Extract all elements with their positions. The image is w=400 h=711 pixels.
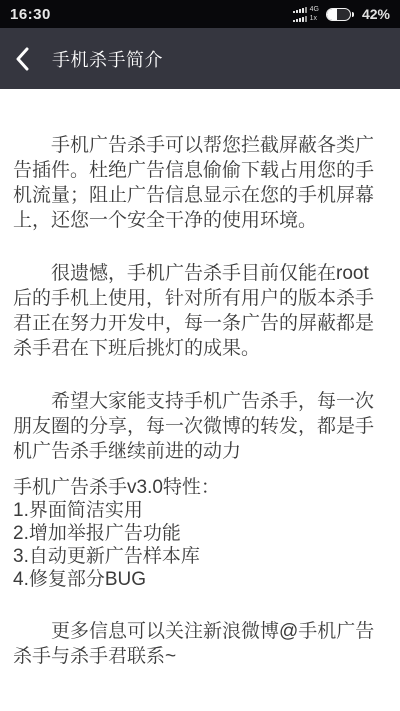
- features-list: 手机广告杀手v3.0特性： 1.界面简洁实用 2.增加举报广告功能 3.自动更新…: [13, 476, 387, 591]
- contact-paragraph: 更多信息可以关注新浪微博@手机广告杀手与杀手君联系~: [13, 619, 387, 669]
- content-area[interactable]: 手机广告杀手可以帮您拦截屏蔽各类广告插件。杜绝广告信息偷偷下载占用您的手机流量；…: [0, 89, 400, 711]
- network-type-label: 1x: [310, 15, 317, 22]
- signal-strength-icon: 4G 1x: [293, 6, 319, 22]
- feature-item: 3.自动更新广告样本库: [13, 545, 387, 568]
- chevron-left-icon: [14, 47, 30, 71]
- battery-icon: [326, 8, 351, 21]
- back-button[interactable]: [14, 42, 48, 76]
- clock: 16:30: [10, 6, 51, 23]
- signal-bars-icon: [293, 7, 307, 13]
- battery-cap: [352, 12, 354, 17]
- feature-item: 2.增加举报广告功能: [13, 522, 387, 545]
- phone-screen: 16:30 4G 1x 42%: [0, 0, 400, 711]
- root-notice-paragraph: 很遗憾，手机广告杀手目前仅能在root后的手机上使用，针对所有用户的版本杀手君正…: [13, 261, 387, 361]
- feature-item: 1.界面简洁实用: [13, 499, 387, 522]
- features-title: 手机广告杀手v3.0特性：: [13, 476, 387, 499]
- battery-fill: [327, 9, 337, 20]
- page-title: 手机杀手简介: [52, 46, 163, 72]
- signal-bars-icon: [293, 16, 307, 22]
- feature-item: 4.修复部分BUG: [13, 568, 387, 591]
- support-paragraph: 希望大家能支持手机广告杀手，每一次朋友圈的分享，每一次微博的转发，都是手机广告杀…: [13, 389, 387, 464]
- sim1-signal: 4G: [293, 6, 319, 13]
- status-icons: 4G 1x 42%: [293, 6, 390, 22]
- intro-paragraph: 手机广告杀手可以帮您拦截屏蔽各类广告插件。杜绝广告信息偷偷下载占用您的手机流量；…: [13, 133, 387, 233]
- app-header: 手机杀手简介: [0, 28, 400, 89]
- battery-percent: 42%: [362, 6, 390, 22]
- sim2-signal: 1x: [293, 15, 319, 22]
- network-type-label: 4G: [310, 6, 319, 13]
- status-bar: 16:30 4G 1x 42%: [0, 0, 400, 28]
